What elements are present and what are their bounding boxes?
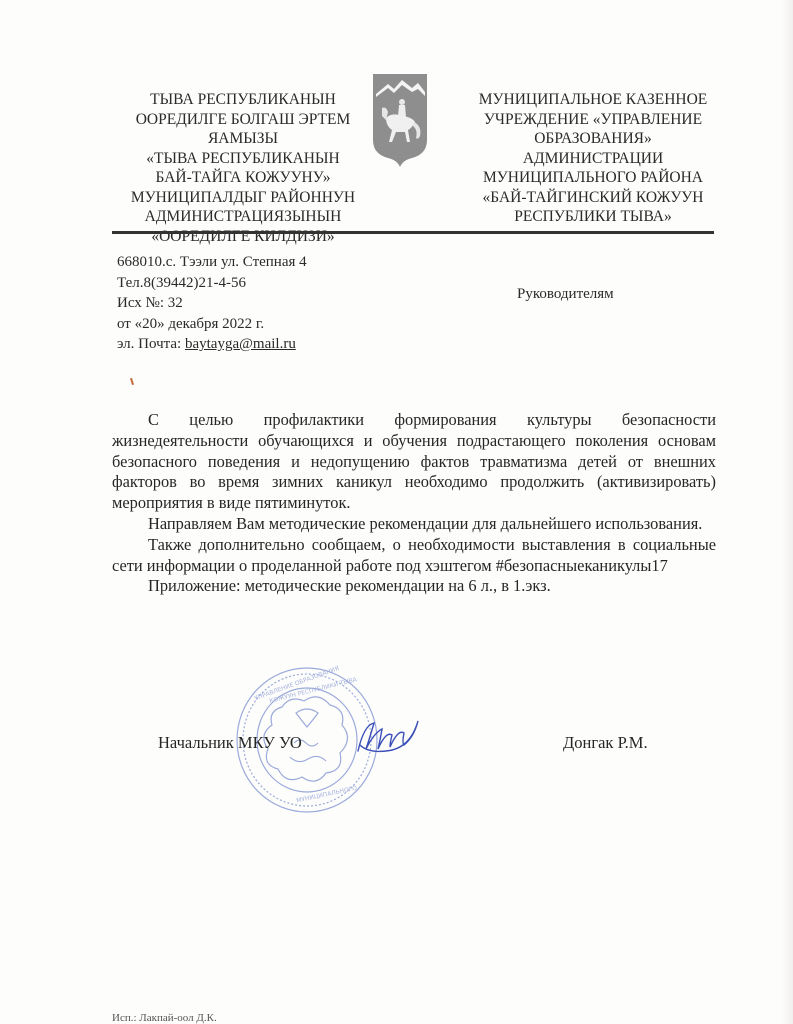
- phone: Тел.8(39442)21-4-56: [117, 273, 307, 294]
- page-edge: [781, 0, 793, 1024]
- outgoing-number: Исх №: 32: [117, 293, 307, 314]
- addressee: Руководителям: [517, 286, 614, 303]
- header-line: «ООРЕДИЛГЕ КИЛДИЗИ»: [112, 227, 374, 247]
- signer-title: Начальник МКУ УО: [158, 733, 302, 753]
- email-label: эл. Почта:: [117, 336, 185, 352]
- signer-name: Донгак Р.М.: [563, 733, 648, 753]
- header-line: ТЫВА РЕСПУБЛИКАНЫН: [112, 90, 374, 110]
- body-paragraph: С целью профилактики формирования культу…: [112, 410, 716, 514]
- body-paragraph: Также дополнительно сообщаем, о необходи…: [112, 535, 716, 577]
- header-line: «БАЙ-ТАЙГИНСКИЙ КОЖУУН: [462, 188, 724, 208]
- executor-note: Исп.: Лакпай-оол Д.К.: [112, 1012, 217, 1024]
- signature-icon: [352, 715, 424, 757]
- header-line: БАЙ-ТАЙГА КОЖУУНУ»: [112, 168, 374, 188]
- header-left-tuvan: ТЫВА РЕСПУБЛИКАНЫН ООРЕДИЛГЕ БОЛГАШ ЭРТЕ…: [112, 90, 374, 246]
- header-line: ОБРАЗОВАНИЯ»: [462, 129, 724, 149]
- header-right-russian: МУНИЦИПАЛЬНОЕ КАЗЕННОЕ УЧРЕЖДЕНИЕ «УПРАВ…: [462, 90, 724, 227]
- header-line: МУНИЦИПАЛДЫГ РАЙОННУН: [112, 188, 374, 208]
- header-line: ЯАМЫЗЫ: [112, 129, 374, 149]
- email-link[interactable]: baytayga@mail.ru: [185, 336, 296, 352]
- address: 668010.с. Тээли ул. Степная 4: [117, 252, 307, 273]
- body-paragraph: Направляем Вам методические рекомендации…: [112, 514, 716, 535]
- email-line: эл. Почта: baytayga@mail.ru: [117, 334, 307, 355]
- header-divider: [112, 231, 714, 234]
- header-line: АДМИНИСТРАЦИЯЗЫНЫН: [112, 207, 374, 227]
- header-line: МУНИЦИПАЛЬНОЕ КАЗЕННОЕ: [462, 90, 724, 110]
- header-line: УЧРЕЖДЕНИЕ «УПРАВЛЕНИЕ: [462, 110, 724, 130]
- coat-of-arms-icon: [372, 70, 428, 168]
- body-paragraph: Приложение: методические рекомендации на…: [112, 576, 716, 597]
- letter-meta: 668010.с. Тээли ул. Степная 4 Тел.8(3944…: [117, 252, 307, 355]
- header-line: РЕСПУБЛИКИ ТЫВА»: [462, 207, 724, 227]
- letter-date: от «20» декабря 2022 г.: [117, 314, 307, 335]
- header-line: МУНИЦИПАЛЬНОГО РАЙОНА: [462, 168, 724, 188]
- header-line: «ТЫВА РЕСПУБЛИКАНЫН: [112, 149, 374, 169]
- header-line: ООРЕДИЛГЕ БОЛГАШ ЭРТЕМ: [112, 110, 374, 130]
- letter-body: С целью профилактики формирования культу…: [112, 410, 716, 597]
- pen-mark: [130, 378, 134, 385]
- header-line: АДМИНИСТРАЦИИ: [462, 149, 724, 169]
